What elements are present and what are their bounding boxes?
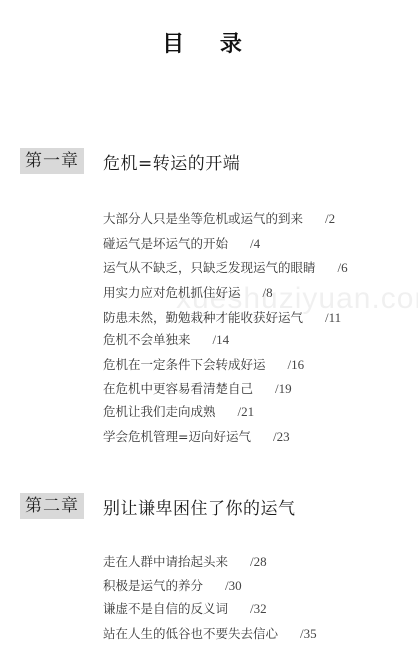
entry-title: 谦虚不是自信的反义词 [103,601,228,616]
page-number: /21 [238,404,255,419]
chapter-label: 第二章 [20,493,84,519]
toc-entry[interactable]: 运气从不缺乏，只缺乏发现运气的眼睛/6 [103,260,348,276]
page-number: /8 [263,285,273,300]
page-number: /16 [288,357,305,372]
toc-entry[interactable]: 站在人生的低谷也不要失去信心/35 [103,626,317,642]
toc-entry[interactable]: 大部分人只是坐等危机或运气的到来/2 [103,211,335,227]
toc-entry[interactable]: 碰运气是坏运气的开始/4 [103,236,260,252]
entry-title: 用实力应对危机抓住好运 [103,285,241,300]
toc-entry[interactable]: 危机让我们走向成熟/21 [103,404,254,420]
page-title: 目 录 [0,27,418,58]
entry-title: 运气从不缺乏，只缺乏发现运气的眼睛 [103,260,316,275]
chapter-1-header: 第一章 危机=转运的开端 [20,147,240,175]
toc-entry[interactable]: 在危机中更容易看清楚自己/19 [103,381,292,397]
chapter-2-header: 第二章 别让谦卑困住了你的运气 [20,492,296,520]
page-number: /30 [225,578,242,593]
page-number: /2 [325,211,335,226]
chapter-label: 第一章 [20,148,84,174]
chapter-title[interactable]: 别让谦卑困住了你的运气 [103,494,296,519]
entry-title: 走在人群中请抬起头来 [103,554,228,569]
page-number: /28 [250,554,267,569]
toc-entry[interactable]: 危机不会单独来/14 [103,332,229,348]
toc-entry[interactable]: 谦虚不是自信的反义词/32 [103,601,267,617]
page-number: /35 [300,626,317,641]
entry-title: 大部分人只是坐等危机或运气的到来 [103,211,303,226]
entry-title: 学会危机管理=迈向好运气 [103,429,251,444]
toc-entry[interactable]: 积极是运气的养分/30 [103,578,242,594]
entry-title: 防患未然，勤勉栽种才能收获好运气 [103,310,303,325]
page-number: /23 [273,429,290,444]
toc-entry[interactable]: 用实力应对危机抓住好运/8 [103,285,273,301]
entry-title: 在危机中更容易看清楚自己 [103,381,253,396]
entry-title: 危机不会单独来 [103,332,191,347]
entry-title: 站在人生的低谷也不要失去信心 [103,626,278,641]
page-number: /19 [275,381,292,396]
entry-title: 危机让我们走向成熟 [103,404,216,419]
toc-entry[interactable]: 危机在一定条件下会转成好运/16 [103,357,304,373]
page-number: /11 [325,310,341,325]
page-number: /4 [250,236,260,251]
toc-entry[interactable]: 学会危机管理=迈向好运气/23 [103,429,290,445]
toc-entry[interactable]: 防患未然，勤勉栽种才能收获好运气/11 [103,310,341,326]
entry-title: 碰运气是坏运气的开始 [103,236,228,251]
chapter-title[interactable]: 危机=转运的开端 [103,149,240,174]
entry-title: 积极是运气的养分 [103,578,203,593]
page-number: /32 [250,601,267,616]
toc-entry[interactable]: 走在人群中请抬起头来/28 [103,554,267,570]
entry-title: 危机在一定条件下会转成好运 [103,357,266,372]
page-number: /6 [338,260,348,275]
page-number: /14 [213,332,230,347]
